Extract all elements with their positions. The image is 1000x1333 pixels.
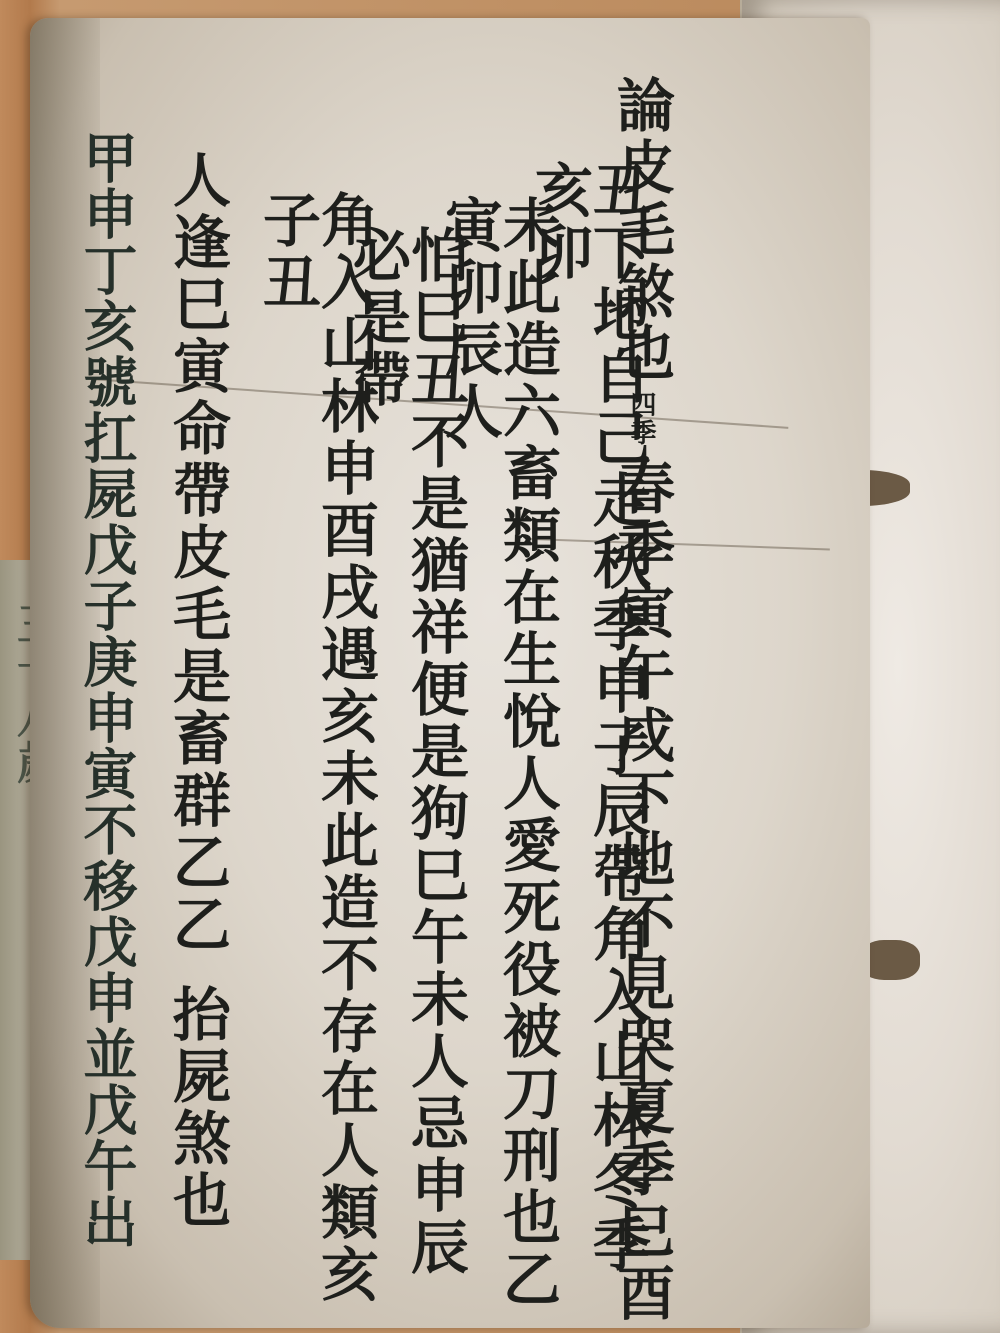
section-subheading: 抬屍煞也 xyxy=(163,984,231,1232)
column-text: 甲申丁亥號扛屍戊子庚申寅不移戊申並戊午出 xyxy=(75,130,139,1250)
column-text: 角入山林申酉戌遇亥未此造不存在人類亥子丑 xyxy=(253,190,379,1306)
manuscript-column-7: 甲申丁亥號扛屍戊子庚申寅不移戊申並戊午出 xyxy=(80,130,134,1250)
manuscript-column-6: 人逢巳寅命帶皮毛是畜群乙乙抬屍煞也 xyxy=(168,150,226,1232)
column-text: 人逢巳寅命帶皮毛是畜群乙乙 xyxy=(163,150,231,956)
manuscript-column-5: 角入山林申酉戌遇亥未此造不存在人類亥子丑 xyxy=(258,190,374,1333)
